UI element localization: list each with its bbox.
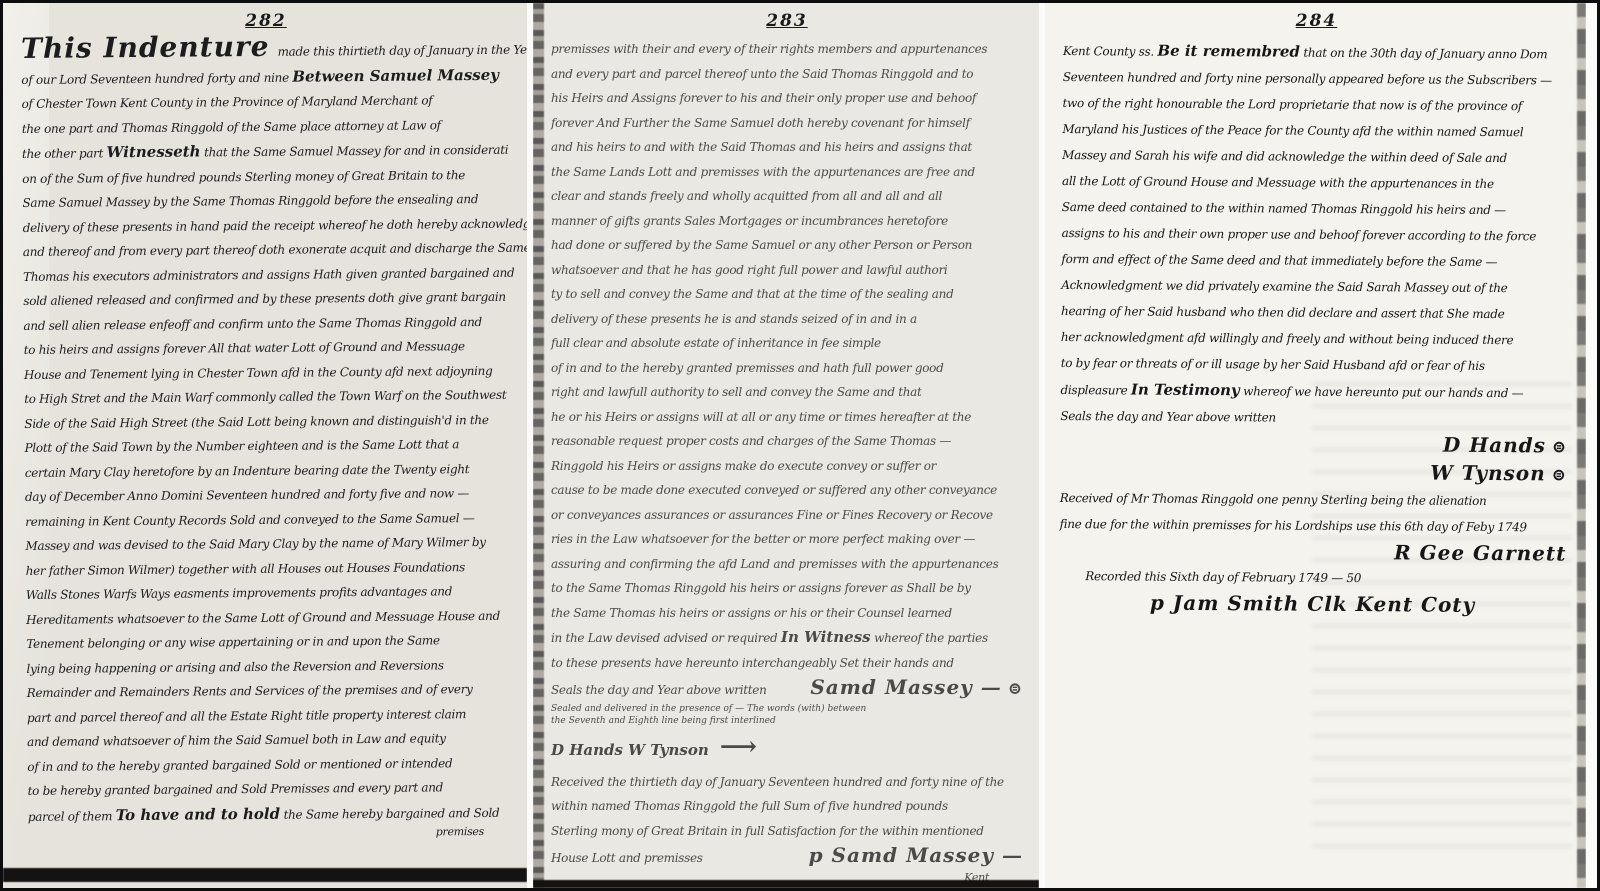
text-line: Ringgold his Heirs or assigns make do ex…: [551, 454, 1023, 479]
text-line: forever And Further the Same Samuel doth…: [551, 111, 1023, 136]
text-line: Plott of the Said Town by the Number eig…: [24, 432, 514, 461]
text-line: right and lawfull authority to sell and …: [551, 380, 1023, 405]
text-line: Massey and Sarah his wife and did acknow…: [1062, 142, 1569, 172]
text-line: and every part and parcel thereof unto t…: [551, 62, 1023, 87]
text-line: Seals the day and Year above written: [1060, 403, 1567, 433]
text-line: to his heirs and assigns forever All tha…: [24, 334, 514, 363]
page-number: 283: [551, 11, 1023, 31]
text-line: Same deed contained to the within named …: [1062, 194, 1569, 224]
text-line: Walls Stones Warfs Ways easments improve…: [26, 579, 516, 608]
text-line: assuring and confirming the afd Land and…: [551, 552, 1023, 577]
text-line: the Same Lands Lott and premisses with t…: [551, 160, 1023, 185]
text-line: day of December Anno Domini Seventeen hu…: [25, 481, 515, 510]
page-text: premisses with their and every of their …: [551, 37, 1023, 885]
text-line: sold aliened released and confirmed and …: [23, 285, 513, 314]
signature: W Tynson⊜: [1430, 460, 1567, 489]
text-line: clear and stands freely and wholly acqui…: [551, 184, 1023, 209]
text-line: Sealed and delivered in the presence of …: [551, 703, 1023, 715]
page-number: 284: [1063, 11, 1570, 31]
text-line: cause to be made done executed conveyed …: [551, 478, 1023, 503]
text-line: ries in the Law whatsoever for the bette…: [551, 527, 1023, 552]
text-line: Acknowledgment we did privately examine …: [1061, 272, 1568, 302]
seal-icon: ⊜: [1552, 465, 1567, 485]
page-number: 282: [21, 11, 511, 31]
text-line: all the Lott of Ground House and Messuag…: [1062, 168, 1569, 198]
text-line: he or his Heirs or assigns will at all o…: [551, 405, 1023, 430]
seal-icon: ⊜: [1552, 437, 1567, 457]
text-line: p Jam Smith Clk Kent Coty: [1059, 589, 1566, 619]
text-line: the Same Thomas his heirs or assigns or …: [551, 601, 1023, 626]
page-283: 283 premisses with their and every of th…: [533, 3, 1039, 888]
text-line: full clear and absolute estate of inheri…: [551, 331, 1023, 356]
page-284: 284 Kent County ss. Be it remembred that…: [1045, 3, 1586, 888]
text-line: reasonable request proper costs and char…: [551, 429, 1023, 454]
text-line: Sterling mony of Great Britain in full S…: [551, 819, 1023, 844]
catchword: Kent: [551, 871, 1023, 885]
text-line: House Lott and premissesp Samd Massey —: [551, 843, 1023, 871]
text-line: D Hands⊜: [1060, 429, 1567, 461]
signature: p Jam Smith Clk Kent Coty: [1150, 590, 1475, 618]
text-line: Recorded this Sixth day of February 1749…: [1059, 563, 1566, 593]
signature: R Gee Garnett: [1394, 539, 1567, 566]
text-line: D Hands W Tynson ⟶: [551, 727, 1023, 770]
text-line: displeasure In Testimony whereof we have…: [1060, 376, 1567, 407]
text-line: the Seventh and Eighth line being first …: [551, 715, 1023, 727]
text-line: delivery of these presents he is and sta…: [551, 307, 1023, 332]
page-text: Kent County ss. Be it remembred that on …: [1059, 37, 1570, 619]
text-line: Massey and was devised to the Said Mary …: [25, 530, 515, 559]
signature: p Samd Massey —: [809, 843, 1023, 868]
text-line: and demand whatsoever of him the Said Sa…: [27, 726, 517, 755]
text-line: in the Law devised advised or required I…: [551, 625, 1023, 651]
text-line: and thereof and from every part thereof …: [23, 236, 513, 265]
text-line: or conveyances assurances or assurances …: [551, 503, 1023, 528]
page-edge: [1577, 3, 1586, 888]
text-line: whatsoever and that he has good right fu…: [551, 258, 1023, 283]
text-line: to these presents have hereunto intercha…: [551, 651, 1023, 676]
signature: Samd Massey —⊜: [810, 675, 1023, 702]
text-line: W Tynson⊜: [1060, 457, 1567, 489]
text-line: hearing of her Said husband who then did…: [1061, 298, 1568, 328]
text-line: Received of Mr Thomas Ringgold one penny…: [1060, 485, 1567, 515]
manuscript-scan: 282 This Indenturemade this thirtieth da…: [0, 0, 1600, 891]
text-line: two of the right honourable the Lord pro…: [1062, 90, 1569, 120]
text-line: assigns to his and their own proper use …: [1062, 220, 1569, 250]
page-282: 282 This Indenturemade this thirtieth da…: [3, 3, 527, 888]
text-line: his Heirs and Assigns forever to his and…: [551, 86, 1023, 111]
text-line: to by fear or threats of or ill usage by…: [1061, 350, 1568, 380]
text-line: premisses with their and every of their …: [551, 37, 1023, 62]
text-line: fine due for the within premisses for hi…: [1060, 511, 1567, 541]
text-line: Remainder and Remainders Rents and Servi…: [27, 677, 517, 706]
text-line: R Gee Garnett: [1059, 537, 1566, 567]
text-line: the other part Witnesseth that the Same …: [22, 137, 512, 167]
text-line: Hereditaments whatsoever to the Same Lot…: [26, 603, 516, 632]
text-line: Kent County ss. Be it remembred that on …: [1063, 37, 1570, 68]
text-line: of in and to the hereby granted bargaine…: [27, 750, 517, 779]
text-line: to the Same Thomas Ringgold his heirs or…: [551, 576, 1023, 601]
text-line: Same Samuel Massey by the Same Thomas Ri…: [22, 187, 512, 216]
page-text: This Indenturemade this thirtieth day of…: [21, 33, 518, 843]
text-line: of our Lord Seventeen hundred forty and …: [21, 62, 511, 92]
text-line: Seventeen hundred and forty nine persona…: [1063, 64, 1570, 94]
text-line: and his heirs to and with the Said Thoma…: [551, 135, 1023, 160]
text-line: of in and to the hereby granted premisse…: [551, 356, 1023, 381]
text-line: within named Thomas Ringgold the full Su…: [551, 794, 1023, 819]
binding-edge: [533, 3, 544, 888]
text-line: her acknowledgment afd willingly and fre…: [1061, 324, 1568, 354]
text-line: ty to sell and convey the Same and that …: [551, 282, 1023, 307]
text-line: manner of gifts grants Sales Mortgages o…: [551, 209, 1023, 234]
text-line: to High Stret and the Main Warf commonly…: [24, 383, 514, 412]
text-line: form and effect of the Same deed and tha…: [1061, 246, 1568, 276]
text-line: Seals the day and Year above writtenSamd…: [551, 675, 1023, 703]
text-line: had done or suffered by the Same Samuel …: [551, 233, 1023, 258]
seal-icon: ⊜: [1008, 679, 1023, 699]
text-line: Maryland his Justices of the Peace for t…: [1062, 116, 1569, 146]
opening-words: This Indenture: [21, 30, 270, 65]
text-line: Received the thirtieth day of January Se…: [551, 770, 1023, 795]
signature: D Hands⊜: [1443, 432, 1567, 461]
text-line: This Indenturemade this thirtieth day of…: [21, 33, 511, 67]
